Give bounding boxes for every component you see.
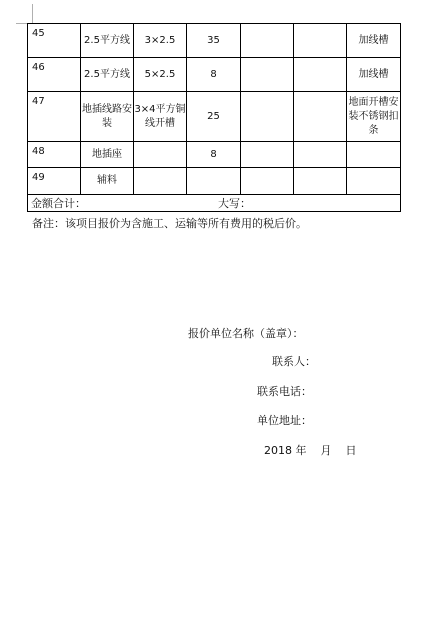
item-no: 45 [28,24,81,58]
item-remark: 地面开槽安装不锈钢扣条 [347,92,401,142]
table-row: 46 2.5平方线 5×2.5 8 加线槽 [28,58,401,92]
item-no: 48 [28,142,81,168]
total-amount-label: 金额合计： [28,197,86,210]
item-col6 [294,24,347,58]
page-corner-mark [16,4,33,24]
date-line: 2018 年 月 日 [264,442,356,458]
item-qty [187,168,241,195]
item-name: 地插线路安装 [81,92,134,142]
item-col6 [294,58,347,92]
item-remark [347,142,401,168]
item-remark [347,168,401,195]
item-col6 [294,92,347,142]
item-qty: 25 [187,92,241,142]
item-spec: 3×2.5 [134,24,187,58]
table-row: 45 2.5平方线 3×2.5 35 加线槽 [28,24,401,58]
item-no: 47 [28,92,81,142]
company-name-label: 报价单位名称（盖章）： [188,325,304,341]
total-row: 金额合计： 大写： [28,195,401,212]
item-col5 [241,92,294,142]
item-name: 地插座 [81,142,134,168]
item-no: 49 [28,168,81,195]
item-qty: 8 [187,58,241,92]
item-remark: 加线槽 [347,24,401,58]
address-label: 单位地址： [257,412,312,428]
amount-in-words-label: 大写： [218,196,251,211]
item-remark: 加线槽 [347,58,401,92]
item-no: 46 [28,58,81,92]
item-col5 [241,168,294,195]
document-page: 45 2.5平方线 3×2.5 35 加线槽 46 2.5平方线 5×2.5 8… [0,0,438,635]
item-col5 [241,142,294,168]
item-col6 [294,168,347,195]
item-col5 [241,24,294,58]
quote-table: 45 2.5平方线 3×2.5 35 加线槽 46 2.5平方线 5×2.5 8… [27,23,401,212]
item-spec [134,142,187,168]
contact-person-label: 联系人： [272,353,316,369]
item-spec [134,168,187,195]
table-row: 47 地插线路安装 3×4平方铜线开槽 25 地面开槽安装不锈钢扣条 [28,92,401,142]
contact-phone-label: 联系电话： [257,383,312,399]
item-col5 [241,58,294,92]
total-cell: 金额合计： 大写： [28,195,401,212]
item-spec: 3×4平方铜线开槽 [134,92,187,142]
item-name: 辅料 [81,168,134,195]
item-qty: 35 [187,24,241,58]
item-qty: 8 [187,142,241,168]
table-row: 49 辅料 [28,168,401,195]
item-name: 2.5平方线 [81,24,134,58]
table-row: 48 地插座 8 [28,142,401,168]
item-spec: 5×2.5 [134,58,187,92]
item-name: 2.5平方线 [81,58,134,92]
remark-note: 备注：该项目报价为含施工、运输等所有费用的税后价。 [32,215,307,231]
item-col6 [294,142,347,168]
